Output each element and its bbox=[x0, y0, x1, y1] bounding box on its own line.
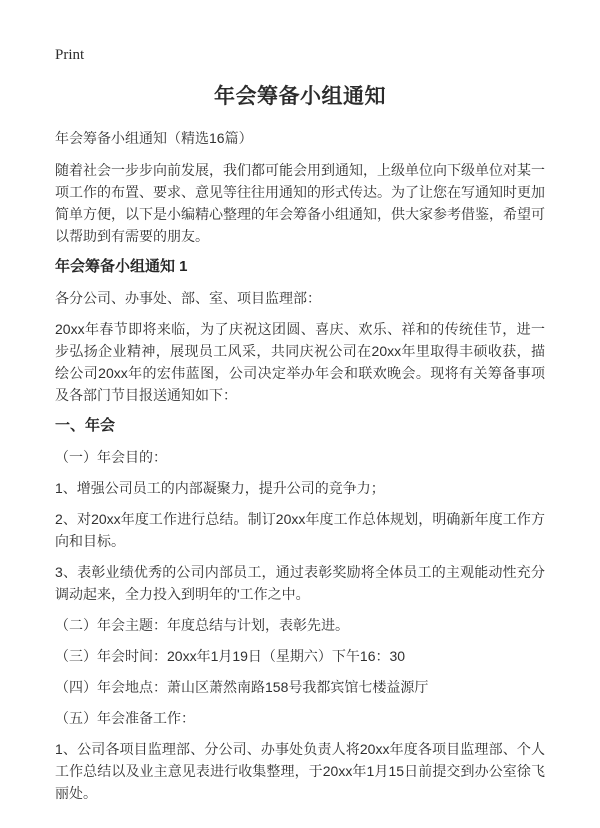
document-page: Print 年会筹备小组通知 年会筹备小组通知（精选16篇） 随着社会一步步向前… bbox=[0, 0, 600, 828]
item-meeting-preparation-label: （五）年会准备工作： bbox=[55, 707, 545, 729]
item-meeting-theme: （二）年会主题：年度总结与计划，表彰先进。 bbox=[55, 614, 545, 636]
purpose-point-1: 1、增强公司员工的内部凝聚力，提升公司的竞争力； bbox=[55, 477, 545, 499]
page-title: 年会筹备小组通知 bbox=[55, 80, 545, 110]
item-meeting-purpose-label: （一）年会目的： bbox=[55, 446, 545, 468]
item-meeting-time: （三）年会时间：20xx年1月19日（星期六）下午16：30 bbox=[55, 645, 545, 667]
intro-paragraph: 随着社会一步步向前发展，我们都可能会用到通知，上级单位向下级单位对某一项工作的布… bbox=[55, 159, 545, 247]
preparation-point-1: 1、公司各项目监理部、分公司、办事处负责人将20xx年度各项目监理部、个人工作总… bbox=[55, 738, 545, 804]
opening-paragraph: 20xx年春节即将来临，为了庆祝这团圆、喜庆、欢乐、祥和的传统佳节，进一步弘扬企… bbox=[55, 318, 545, 406]
purpose-point-3: 3、表彰业绩优秀的公司内部员工，通过表彰奖励将全体员工的主观能动性充分调动起来，… bbox=[55, 561, 545, 605]
agenda-heading-annual-meeting: 一、年会 bbox=[55, 415, 545, 437]
section-1-heading: 年会筹备小组通知 1 bbox=[55, 256, 545, 278]
document-subtitle: 年会筹备小组通知（精选16篇） bbox=[55, 127, 545, 149]
salutation-line: 各分公司、办事处、部、室、项目监理部： bbox=[55, 287, 545, 309]
print-button[interactable]: Print bbox=[55, 47, 84, 64]
item-meeting-location: （四）年会地点：萧山区萧然南路158号我都宾馆七楼益源厅 bbox=[55, 676, 545, 698]
purpose-point-2: 2、对20xx年度工作进行总结。制订20xx年度工作总体规划，明确新年度工作方向… bbox=[55, 508, 545, 552]
